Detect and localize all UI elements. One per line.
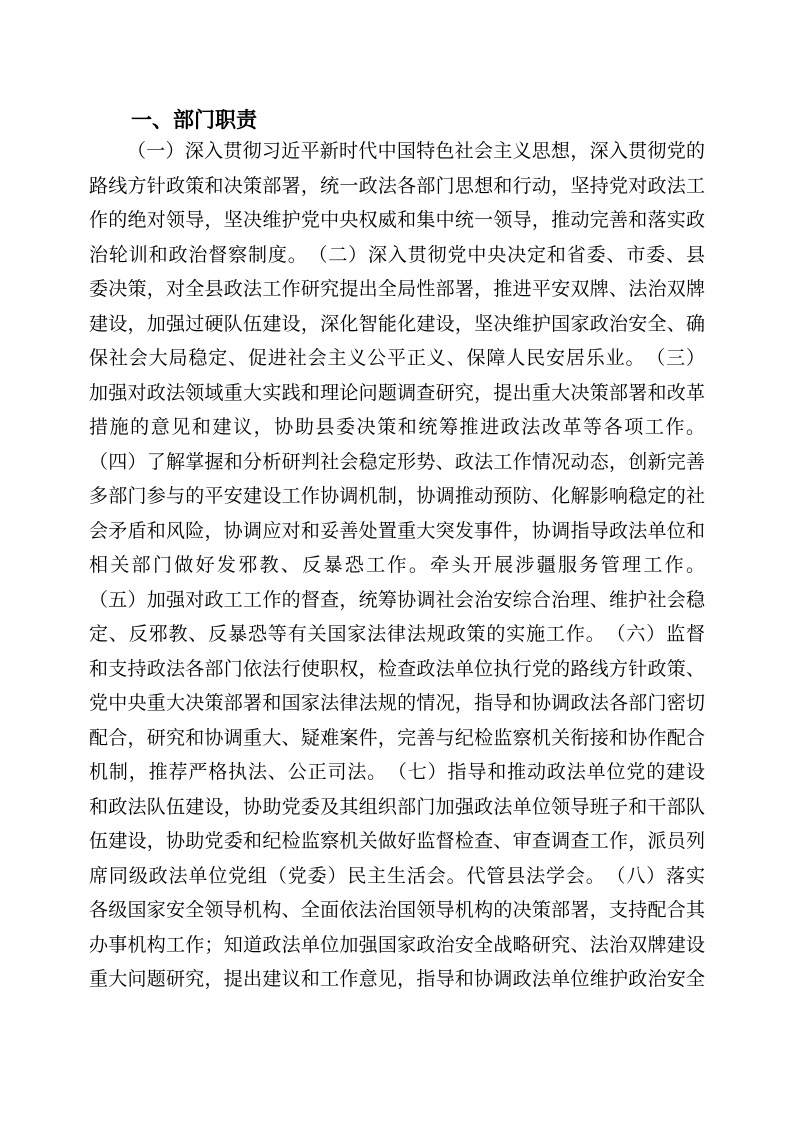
body-line: 机制，推荐严格执法、公正司法。 （七）指导和推动政法单位党的建设: [89, 756, 705, 791]
body-line: 委决策，对全县政法工作研究提出全局性部署，推进平安双牌、法治双牌: [89, 273, 705, 308]
body-line: 保社会大局稳定、促进社会主义公平正义、保障人民安居乐业。 （三）: [89, 342, 705, 377]
body-line: 党中央重大决策部署和国家法律法规的情况，指导和协调政法各部门密切: [89, 687, 705, 722]
body-line: 办事机构工作；知道政法单位加强国家政治安全战略研究、法治双牌建设: [89, 929, 705, 964]
body-line: 路线方针政策和决策部署，统一政法各部门思想和行动，坚持党对政法工: [89, 170, 705, 205]
body-line: 席同级政法单位党组（党委）民主生活会。代管县法学会。 （八）落实: [89, 860, 705, 895]
body-line: 会矛盾和风险，协调应对和妥善处置重大突发事件，协调指导政法单位和: [89, 515, 705, 550]
body-line: 措施的意见和建议，协助县委决策和统筹推进政法改革等各项工作。: [89, 411, 705, 446]
body-line: 配合，研究和协调重大、疑难案件，完善与纪检监察机关衔接和协作配合: [89, 722, 705, 757]
body-line: 重大问题研究，提出建议和工作意见，指导和协调政法单位维护政治安全: [89, 963, 705, 998]
body-line: 建设，加强过硬队伍建设，深化智能化建设，坚决维护国家政治安全、确: [89, 308, 705, 343]
body-line: 相关部门做好发邪教、反暴恐工作。牵头开展涉疆服务管理工作。: [89, 549, 705, 584]
document-page: 一、部门职责 （一）深入贯彻习近平新时代中国特色社会主义思想，深入贯彻党的路线方…: [0, 0, 793, 1122]
section-heading: 一、部门职责: [89, 107, 705, 135]
body-line: 作的绝对领导，坚决维护党中央权威和集中统一领导，推动完善和落实政: [89, 204, 705, 239]
body-line: 多部门参与的平安建设工作协调机制，协调推动预防、化解影响稳定的社: [89, 480, 705, 515]
body-line: 和政法队伍建设，协助党委及其组织部门加强政法单位领导班子和干部队: [89, 791, 705, 826]
body-line: 加强对政法领域重大实践和理论问题调查研究，提出重大决策部署和改革: [89, 377, 705, 412]
body-line: 和支持政法各部门依法行使职权，检查政法单位执行党的路线方针政策、: [89, 653, 705, 688]
body-line: （一）深入贯彻习近平新时代中国特色社会主义思想，深入贯彻党的: [89, 135, 705, 170]
body-line: （四）了解掌握和分析研判社会稳定形势、政法工作情况动态，创新完善: [89, 446, 705, 481]
body-line: 伍建设，协助党委和纪检监察机关做好监督检查、审查调查工作，派员列: [89, 825, 705, 860]
body-line: （五）加强对政工工作的督查，统筹协调社会治安综合治理、维护社会稳: [89, 584, 705, 619]
body-line: 治轮训和政治督察制度。 （二）深入贯彻党中央决定和省委、市委、县: [89, 239, 705, 274]
body-paragraph: （一）深入贯彻习近平新时代中国特色社会主义思想，深入贯彻党的路线方针政策和决策部…: [89, 135, 705, 998]
body-line: 各级国家安全领导机构、全面依法治国领导机构的决策部署，支持配合其: [89, 894, 705, 929]
body-line: 定、反邪教、反暴恐等有关国家法律法规政策的实施工作。 （六）监督: [89, 618, 705, 653]
